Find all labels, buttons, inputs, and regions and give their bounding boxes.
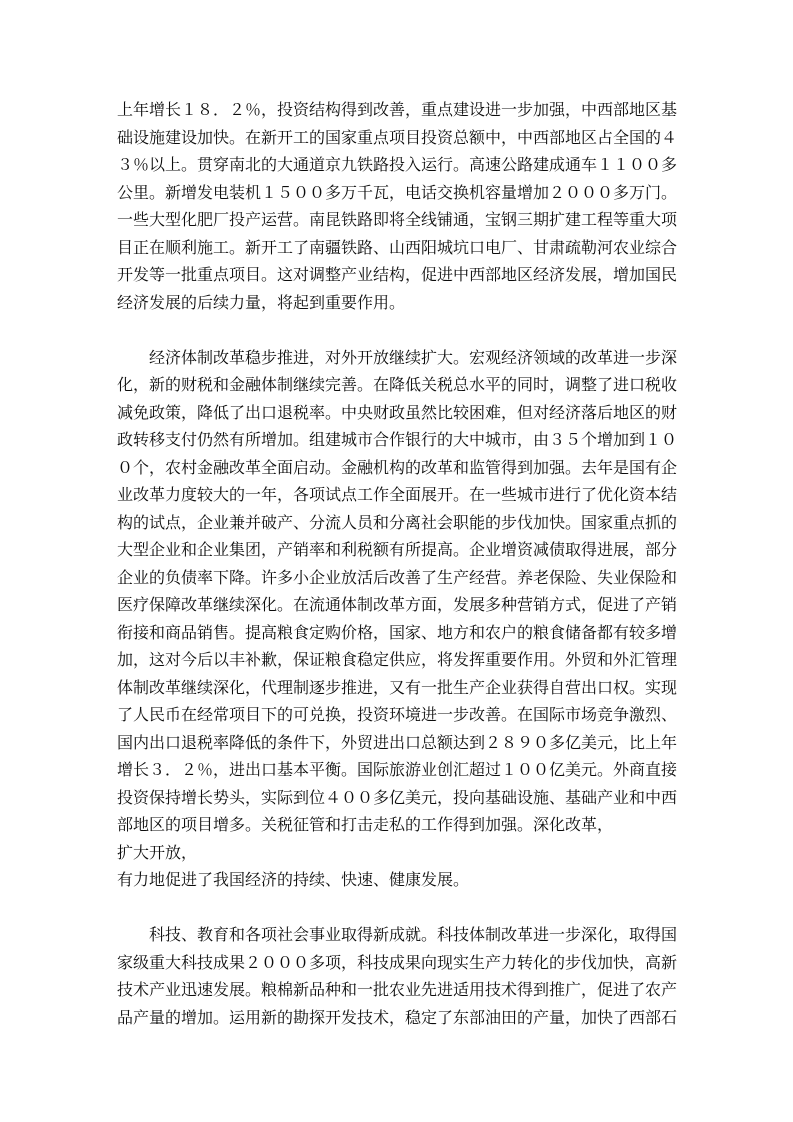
document-page: 上年增长１８．２％，投资结构得到改善，重点建设进一步加强，中西部地区基 础设施建… — [0, 0, 793, 1122]
paragraph-1: 上年增长１８．２％，投资结构得到改善，重点建设进一步加强，中西部地区基 础设施建… — [117, 97, 679, 317]
paragraph-2: 经济体制改革稳步推进，对外开放继续扩大。宏观经济领域的改革进一步深 化，新的财税… — [117, 345, 679, 895]
paragraph-3: 科技、教育和各项社会事业取得新成就。科技体制改革进一步深化，取得国 家级重大科技… — [117, 922, 679, 1032]
document-text-block: 上年增长１８．２％，投资结构得到改善，重点建设进一步加强，中西部地区基 础设施建… — [117, 97, 679, 1032]
